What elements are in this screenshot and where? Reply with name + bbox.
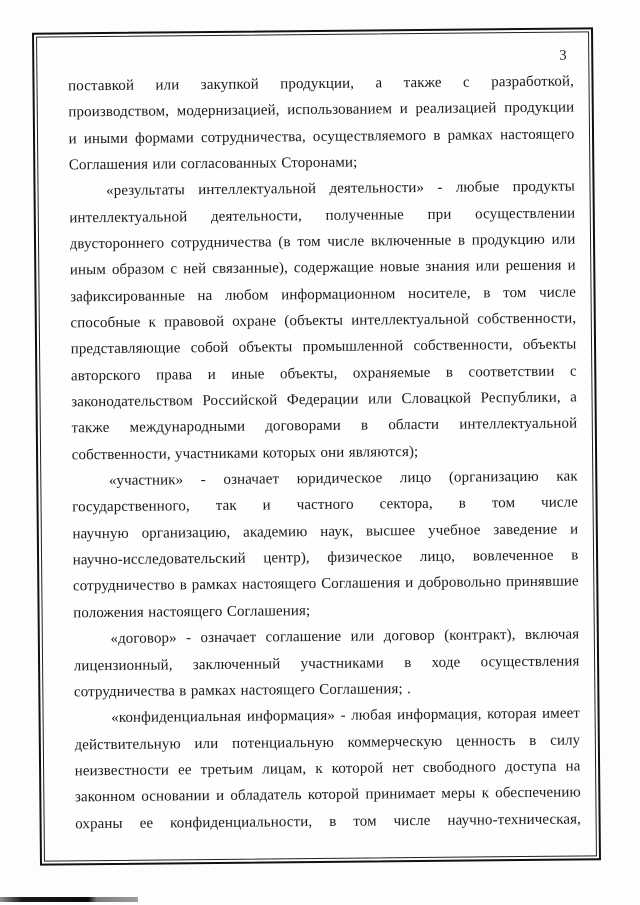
text-line: и иными формами сотрудничества, осуществ… (69, 121, 575, 152)
paragraph: «участник» - означает юридическое лицо (… (72, 464, 579, 627)
paragraph: поставкой или закупкой продукции, а такж… (68, 68, 575, 178)
text-line: охраны ее конфиденциальности, в том числ… (75, 806, 581, 837)
text-line: сотрудничество в рамках настоящего Согла… (73, 569, 579, 600)
paragraph: «результаты интеллектуальной деятельност… (69, 174, 578, 469)
page-border-inner-rule: 3 поставкой или закупкой продукции, а та… (36, 31, 598, 862)
text-line: также международными договорами в област… (71, 411, 577, 442)
scan-artifact-bar (0, 897, 138, 902)
text-line: «договор» - означает соглашение или дого… (73, 622, 579, 653)
scanned-page: 3 поставкой или закупкой продукции, а та… (0, 0, 640, 905)
page-content: 3 поставкой или закупкой продукции, а та… (37, 32, 597, 861)
document-body: поставкой или закупкой продукции, а такж… (68, 68, 581, 837)
text-line: лицензионный, заключенный участниками в … (74, 648, 580, 679)
paragraph: «конфиденциальная информация» - любая ин… (74, 701, 581, 838)
page-border-frame: 3 поставкой или закупкой продукции, а та… (32, 27, 601, 865)
paragraph: «договор» - означает соглашение или дого… (73, 622, 580, 706)
